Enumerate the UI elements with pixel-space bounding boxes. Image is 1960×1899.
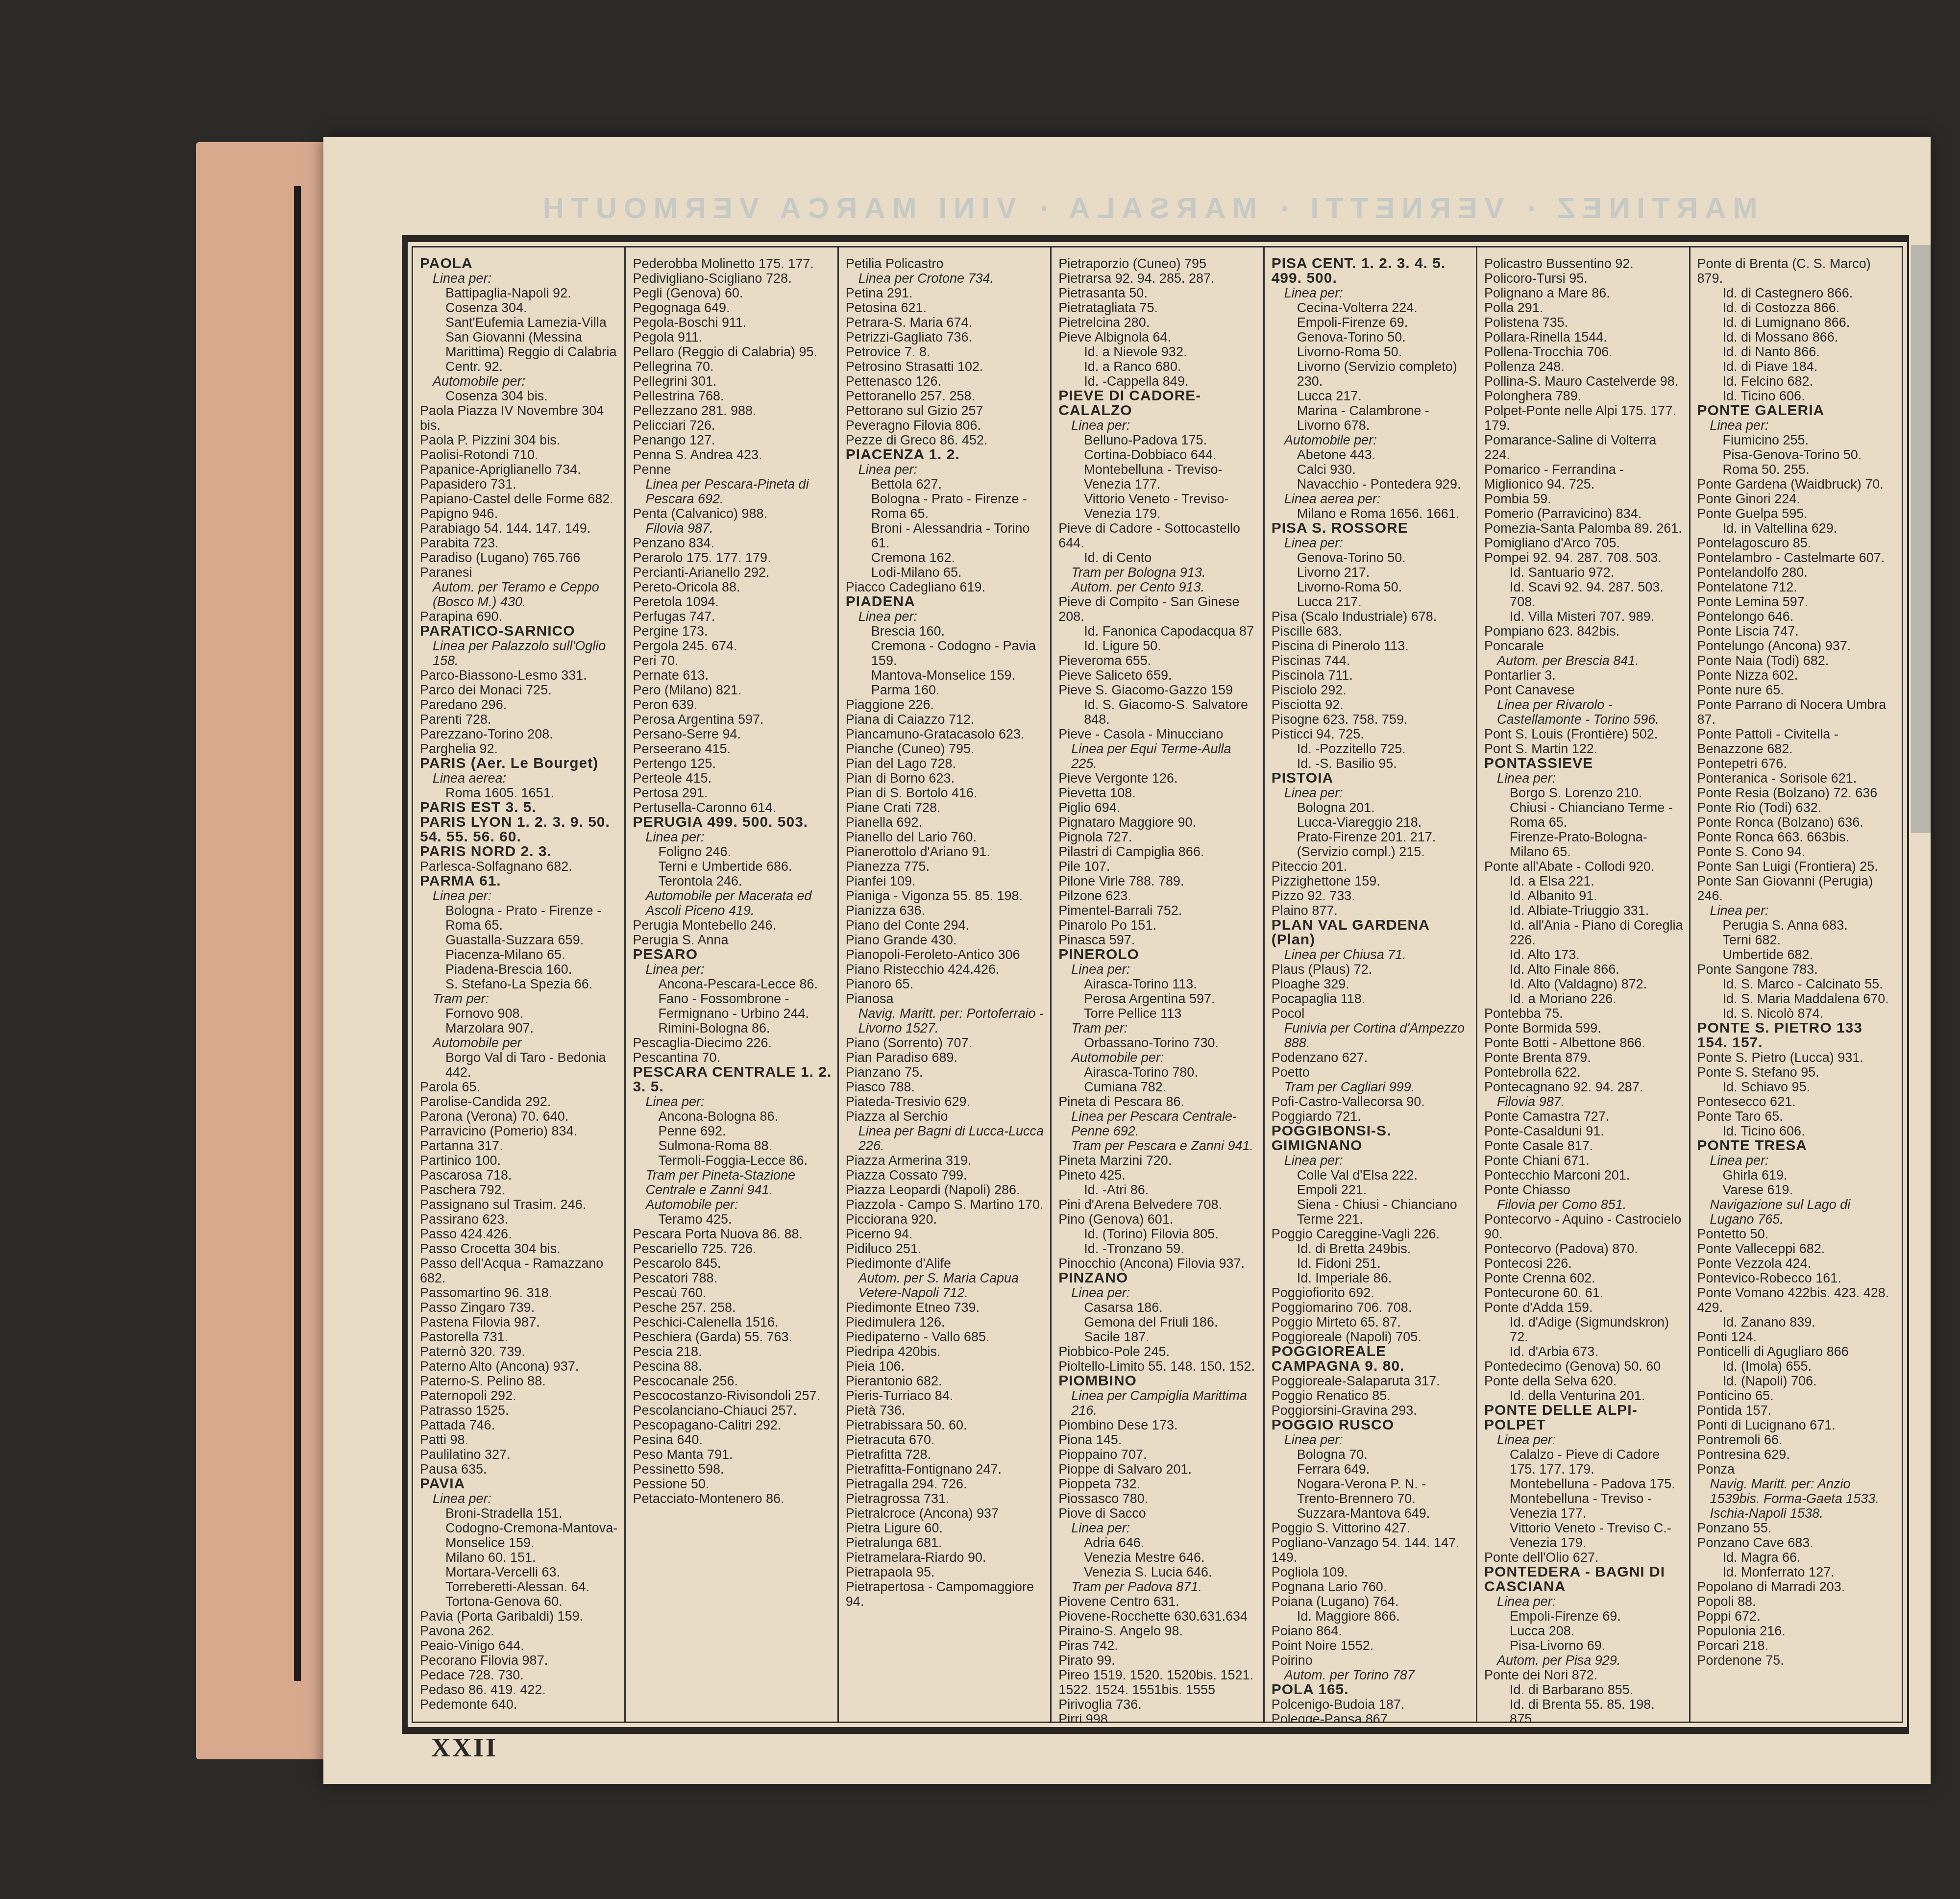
index-entry: Paola P. Pizzini 304 bis. [420,433,619,447]
index-entry: Pievetta 108. [1058,786,1258,800]
index-entry: Partanna 317. [420,1138,619,1153]
index-entry: Sulmona-Roma 88. [633,1138,832,1153]
index-entry: Piscina di Pinerolo 113. [1272,639,1471,653]
index-entry: Pieve S. Giacomo-Gazzo 159 [1058,683,1258,697]
index-entry: Polla 291. [1484,300,1684,315]
index-entry: Piombino Dese 173. [1058,1418,1258,1432]
index-entry: Pioppeta 732. [1058,1477,1258,1491]
index-entry: Livorno-Roma 50. [1272,345,1471,359]
index-entry: Piovene Centro 631. [1058,1594,1258,1609]
index-entry: Ponte Nizza 602. [1697,668,1897,683]
index-entry: Passignano sul Trasim. 246. [420,1197,619,1212]
index-entry: Ponte Liscia 747. [1697,624,1897,639]
index-entry: Pedivigliano-Scigliano 728. [633,271,832,286]
index-entry: Poggio Mirteto 65. 87. [1272,1315,1471,1330]
index-entry: Pombia 59. [1484,492,1684,506]
index-column-2: Pederobba Molinetto 175. 177.Pediviglian… [626,247,838,1722]
index-entry: Passo 424.426. [420,1227,619,1241]
index-entry: Pietrapaola 95. [846,1565,1045,1579]
index-entry: Linea per: [420,271,619,286]
index-entry: Lucca 217. [1272,594,1471,609]
index-entry: Penne [633,462,832,477]
index-entry: Pioltello-Limito 55. 148. 150. 152. [1058,1359,1258,1374]
index-entry: Parola 65. [420,1080,619,1094]
index-entry: Pontelambro - Castelmarte 607. [1697,550,1897,565]
index-entry: Id. Fanonica Capodacqua 87 [1058,624,1258,639]
index-entry: Terontola 246. [633,874,832,888]
index-entry: Pontetto 50. [1697,1227,1897,1241]
index-entry: Ferrara 649. [1272,1462,1471,1477]
index-entry: Piras 742. [1058,1638,1258,1653]
index-entry: Pontepetri 676. [1697,756,1897,771]
index-entry: Id. S. Giacomo-S. Salvatore 848. [1058,697,1258,727]
index-entry: Id. Albiate-Triuggio 331. [1484,903,1684,918]
index-entry: Parghelia 92. [420,741,619,756]
index-entry: Pietrafitta-Fontignano 247. [846,1462,1045,1477]
index-entry: Genova-Torino 50. [1272,330,1471,345]
index-entry: Petacciato-Montenero 86. [633,1491,832,1506]
index-entry: Id. di Brenta 55. 85. 198. 875. [1484,1697,1684,1722]
index-entry: Pile 107. [1058,859,1258,874]
index-entry: Ponte Rio (Todi) 632. [1697,800,1897,815]
index-entry: Poggiofiorito 692. [1272,1285,1471,1300]
index-entry: Id. Alto 173. [1484,947,1684,962]
index-entry: Id. di Bretta 249bis. [1272,1241,1471,1256]
index-entry: Pollena-Trocchia 706. [1484,345,1684,359]
index-entry: Montebelluna - Padova 175. [1484,1477,1684,1491]
index-entry: Foligno 246. [633,844,832,859]
index-entry: Ponte Botti - Albettone 866. [1484,1036,1684,1050]
index-entry: Ponti 124. [1697,1330,1897,1344]
index-entry: Pegola 911. [633,330,832,345]
index-entry: Pellegrina 70. [633,359,832,374]
index-entry: Parona (Verona) 70. 640. [420,1109,619,1124]
index-entry: Plaus (Plaus) 72. [1272,962,1471,977]
index-entry: Pontelatone 712. [1697,580,1897,594]
index-entry: Linea per Pescara-Pineta di Pescara 692. [633,477,832,506]
index-entry: Pidiluco 251. [846,1241,1045,1256]
index-entry: Parma 160. [846,683,1045,697]
index-entry: Fano - Fossombrone - Fermignano - Urbino… [633,991,832,1021]
index-entry: Podenzano 627. [1272,1050,1471,1065]
index-entry: Pietratagliata 75. [1058,300,1258,315]
index-entry: Perteole 415. [633,771,832,786]
index-entry: Id. Albanito 91. [1484,888,1684,903]
index-entry: Policastro Bussentino 92. [1484,256,1684,271]
index-entry: Lucca-Viareggio 218. [1272,815,1471,830]
index-entry: Paterno Alto (Ancona) 937. [420,1359,619,1374]
index-heading: PONTASSIEVE [1484,756,1684,771]
index-entry: Ponte Valleceppi 682. [1697,1241,1897,1256]
index-entry: Pettorano sul Gizio 257 [846,403,1045,418]
index-entry: Linea per: [1484,1432,1684,1447]
index-entry: Broni-Stradella 151. [420,1506,619,1521]
index-heading: PARMA 61. [420,874,619,888]
index-entry: Id. Scavi 92. 94. 287. 503. 708. [1484,580,1684,609]
index-entry: Polistena 735. [1484,315,1684,330]
index-entry: Pont Canavese [1484,683,1684,697]
index-entry: Id. -Pozzitello 725. [1272,741,1471,756]
index-entry: Pellestrina 768. [633,389,832,403]
index-entry: Pavia (Porta Garibaldi) 159. [420,1609,619,1624]
index-entry: Poetto [1272,1065,1471,1080]
index-entry: Passomartino 96. 318. [420,1285,619,1300]
index-entry: Id. Magra 66. [1697,1550,1897,1565]
index-entry: Poirino [1272,1653,1471,1668]
index-entry: Passo dell'Acqua - Ramazzano 682. [420,1256,619,1285]
index-entry: Pascarosa 718. [420,1168,619,1183]
index-heading: PARATICO-SARNICO [420,624,619,639]
index-entry: Id. Monferrato 127. [1697,1565,1897,1579]
index-entry: Ponte della Selva 620. [1484,1374,1684,1388]
index-entry: Pontremoli 66. [1697,1432,1897,1447]
index-entry: Ponte Ronca (Bolzano) 636. [1697,815,1897,830]
index-entry: Pescocanale 256. [633,1374,832,1388]
index-entry: Polcenigo-Budoia 187. [1272,1697,1471,1712]
index-entry: Filovia per Como 851. [1484,1197,1684,1212]
index-entry: Ponte nure 65. [1697,683,1897,697]
page-edge [1911,245,1931,833]
index-entry: Ponte S. Pietro (Lucca) 931. [1697,1050,1897,1065]
index-entry: Pisogne 623. 758. 759. [1272,712,1471,727]
index-entry: Polpet-Ponte nelle Alpi 175. 177. 179. [1484,403,1684,433]
index-entry: Ghirla 619. [1697,1168,1897,1183]
index-entry: Pavona 262. [420,1624,619,1638]
index-entry: Pesche 257. 258. [633,1300,832,1315]
index-entry: Linea per: [1484,771,1684,786]
index-entry: Id. S. Nicolò 874. [1697,1006,1897,1021]
index-entry: Pescariello 725. 726. [633,1241,832,1256]
index-entry: Pineta di Pescara 86. [1058,1094,1258,1109]
index-entry: Pertosa 291. [633,786,832,800]
index-entry: Automobile per: [1058,1050,1258,1065]
index-entry: Ponte-Casalduni 91. [1484,1124,1684,1138]
index-entry: Id. della Venturina 201. [1484,1388,1684,1403]
index-entry: Id. Felcino 682. [1697,374,1897,389]
index-entry: Autom. per S. Maria Capua Vetere-Napoli … [846,1271,1045,1300]
index-entry: Pezze di Greco 86. 452. [846,433,1045,447]
index-entry: Ponte Gardena (Waidbruck) 70. [1697,477,1897,492]
index-entry: Id. di Lumignano 866. [1697,315,1897,330]
index-entry: Empoli 221. [1272,1183,1471,1197]
index-entry: Pietralunga 681. [846,1535,1045,1550]
index-entry: Calci 930. [1272,462,1471,477]
bleed-through-header: MARTINEZ · VERNETTI · MARSALA · VINI MAR… [402,191,1891,225]
index-entry: Linea per Equi Terme-Aulla 225. [1058,741,1258,771]
index-entry: Piazza Cossato 799. [846,1168,1045,1183]
index-entry: Id. Ticino 606. [1697,389,1897,403]
page-frame: PAOLALinea per:Battipaglia-Napoli 92.Cos… [402,235,1909,1734]
index-entry: Piacco Cadegliano 619. [846,580,1045,594]
index-entry: Linea per: [633,1094,832,1109]
index-entry: Peschiera (Garda) 55. 763. [633,1330,832,1344]
index-entry: Navig. Maritt. per: Portoferraio - Livor… [846,1006,1045,1036]
index-entry: Ponte Brenta 879. [1484,1050,1684,1065]
index-entry: Fiumicino 255. [1697,433,1897,447]
index-entry: Passo Crocetta 304 bis. [420,1241,619,1256]
index-heading: PIEVE DI CADORE-CALALZO [1058,389,1258,418]
index-entry: Id. S. Marco - Calcinato 55. [1697,977,1897,991]
index-entry: Pereto-Oricola 88. [633,580,832,594]
index-entry: Ponte Vezzola 424. [1697,1256,1897,1271]
index-entry: Linea per Chiusa 71. [1272,947,1471,962]
index-entry: Navacchio - Pontedera 929. [1272,477,1471,492]
index-heading: POLA 165. [1272,1682,1471,1697]
index-entry: Id. di Piave 184. [1697,359,1897,374]
index-entry: Poiana (Lugano) 764. [1272,1594,1471,1609]
index-entry: Perugia S. Anna [633,933,832,947]
index-entry: Pettenasco 126. [846,374,1045,389]
index-entry: Petilia Policastro [846,256,1045,271]
index-entry: Pellaro (Reggio di Calabria) 95. [633,345,832,359]
index-entry: Ponteranica - Sorisole 621. [1697,771,1897,786]
index-entry: Pastorella 731. [420,1330,619,1344]
index-entry: Venezia Mestre 646. [1058,1550,1258,1565]
index-entry: Pelicciari 726. [633,418,832,433]
index-entry: Pizzighettone 159. [1272,874,1471,888]
index-heading: PESARO [633,947,832,962]
index-entry: Linea per: [1058,962,1258,977]
index-entry: Pontecagnano 92. 94. 287. [1484,1080,1684,1094]
index-entry: Pian Paradiso 689. [846,1050,1045,1065]
index-entry: Pont S. Louis (Frontière) 502. [1484,727,1684,741]
index-entry: Poggio Renatico 85. [1272,1388,1471,1403]
index-entry: Poggiardo 721. [1272,1109,1471,1124]
index-entry: Piano Ristecchio 424.426. [846,962,1045,977]
index-entry: Bologna 201. [1272,800,1471,815]
index-entry: Pont S. Martin 122. [1484,741,1684,756]
index-entry: Brescia 160. [846,624,1045,639]
index-entry: Pomezia-Santa Palomba 89. 261. [1484,521,1684,536]
index-entry: Linea per: [420,1491,619,1506]
index-entry: Sacile 187. [1058,1330,1258,1344]
index-entry: Pesina 640. [633,1432,832,1447]
index-entry: Pietà 736. [846,1403,1045,1418]
index-entry: Pieve di Cadore - Sottocastello 644. [1058,521,1258,550]
index-entry: Penne 692. [633,1124,832,1138]
index-entry: Peri 70. [633,653,832,668]
index-entry: Id. Ticino 606. [1697,1124,1897,1138]
index-entry: Linea aerea: [420,771,619,786]
index-entry: Pianezza 775. [846,859,1045,874]
index-entry: Pisticci 94. 725. [1272,727,1471,741]
index-entry: Cecina-Volterra 224. [1272,300,1471,315]
index-entry: Pertengo 125. [633,756,832,771]
index-entry: Pontecurone 60. 61. [1484,1285,1684,1300]
index-entry: Livorno (Servizio completo) 230. [1272,359,1471,389]
index-entry: Poncarale [1484,639,1684,653]
index-entry: Tram per Padova 871. [1058,1579,1258,1594]
index-entry: Id. -Tronzano 59. [1058,1241,1258,1256]
index-entry: Petrovice 7. 8. [846,345,1045,359]
index-entry: Perosa Argentina 597. [1058,991,1258,1006]
index-entry: Pini d'Arena Belvedere 708. [1058,1197,1258,1212]
index-entry: Pontecorvo (Padova) 870. [1484,1241,1684,1256]
index-entry: Automobile per: [1272,433,1471,447]
index-entry: Umbertide 682. [1697,947,1897,962]
index-heading: PAOLA [420,256,619,271]
index-entry: Pilone Virle 788. 789. [1058,874,1258,888]
index-entry: Pedemonte 640. [420,1697,619,1712]
index-entry: Linea per: [1058,1285,1258,1300]
index-entry: Pastena Filovia 987. [420,1315,619,1330]
index-entry: Ponte Taro 65. [1697,1109,1897,1124]
index-entry: Belluno-Padova 175. [1058,433,1258,447]
index-entry: Ponte Bormida 599. [1484,1021,1684,1036]
index-entry: Pignataro Maggiore 90. [1058,815,1258,830]
index-entry: Pianiga - Vigonza 55. 85. 198. [846,888,1045,903]
index-column-1: PAOLALinea per:Battipaglia-Napoli 92.Cos… [413,247,626,1722]
index-entry: Ponte Vomano 422bis. 423. 428. 429. [1697,1285,1897,1315]
index-entry: Paranesi [420,565,619,580]
index-entry: Parabita 723. [420,536,619,550]
index-entry: Abetone 443. [1272,447,1471,462]
index-entry: Pinarolo Po 151. [1058,918,1258,933]
index-entry: Pianzano 75. [846,1065,1045,1080]
index-heading: PERUGIA 499. 500. 503. [633,815,832,830]
index-entry: Pontelandolfo 280. [1697,565,1897,580]
index-entry: Paternò 320. 739. [420,1344,619,1359]
index-entry: Plaino 877. [1272,903,1471,918]
index-entry: Pecorano Filovia 987. [420,1653,619,1668]
index-heading: PARIS LYON 1. 2. 3. 9. 50. 54. 55. 56. 6… [420,815,619,844]
index-entry: Pescantina 70. [633,1050,832,1065]
index-entry: Codogno-Cremona-Mantova-Monselice 159. [420,1521,619,1550]
index-entry: Papiano-Castel delle Forme 682. [420,492,619,506]
index-entry: Pontida 157. [1697,1403,1897,1418]
index-entry: Pegola-Boschi 911. [633,315,832,330]
index-entry: Poppi 672. [1697,1609,1897,1624]
index-entry: Passirano 623. [420,1212,619,1227]
index-entry: Mortara-Vercelli 63. [420,1565,619,1579]
index-entry: Cortina-Dobbiaco 644. [1058,447,1258,462]
index-entry: Pianello del Lario 760. [846,830,1045,844]
index-entry: Torre Pellice 113 [1058,1006,1258,1021]
index-entry: Bettola 627. [846,477,1045,492]
index-entry: Pian di S. Bortolo 416. [846,786,1045,800]
index-entry: Id. Villa Misteri 707. 989. [1484,609,1684,624]
index-entry: Pegli (Genova) 60. [633,286,832,300]
index-entry: Pioppe di Salvaro 201. [1058,1462,1258,1477]
index-heading: PARIS (Aer. Le Bourget) [420,756,619,771]
index-entry: Id. d'Adige (Sigmundskron) 72. [1484,1315,1684,1344]
index-entry: Pompiano 623. 842bis. [1484,624,1684,639]
index-entry: Ponza [1697,1462,1897,1477]
index-entry: Ponte dei Nori 872. [1484,1668,1684,1682]
index-heading: PONTE GALERIA [1697,403,1897,418]
index-entry: Piedimonte d'Alife [846,1256,1045,1271]
index-entry: Ponte Guelpa 595. [1697,506,1897,521]
index-entry: Orbassano-Torino 730. [1058,1036,1258,1050]
index-entry: Id. Alto Finale 866. [1484,962,1684,977]
index-entry: Rimini-Bologna 86. [633,1021,832,1036]
index-entry: Suzzara-Mantova 649. [1272,1506,1471,1521]
index-entry: Id. S. Maria Maddalena 670. [1697,991,1897,1006]
index-entry: Pattada 746. [420,1418,619,1432]
index-entry: Filovia 987. [1484,1094,1684,1109]
index-entry: Termoli-Foggia-Lecce 86. [633,1153,832,1168]
index-entry: Pieve Albignola 64. [1058,330,1258,345]
index-entry: Petrizzi-Gagliato 736. [846,330,1045,345]
index-entry: Pegognaga 649. [633,300,832,315]
index-entry: Paterno-S. Pelino 88. [420,1374,619,1388]
index-entry: Linea per Palazzolo sull'Oglio 158. [420,639,619,668]
index-entry: Ponzano Cave 683. [1697,1535,1897,1550]
index-entry: Piona 145. [1058,1432,1258,1447]
underlying-page-border [294,186,320,1681]
index-entry: Autom. per Teramo e Ceppo (Bosco M.) 430… [420,580,619,609]
index-entry: Autom. per Cento 913. [1058,580,1258,594]
index-entry: Venezia S. Lucia 646. [1058,1565,1258,1579]
index-entry: Pescopagano-Calitri 292. [633,1418,832,1432]
index-entry: Sant'Eufemia Lamezia-Villa San Giovanni … [420,315,619,374]
index-entry: Parenti 728. [420,712,619,727]
index-entry: Milano e Roma 1656. 1661. [1272,506,1471,521]
index-entry: Id. Schiavo 95. [1697,1080,1897,1094]
index-entry: Id. d'Arbia 673. [1484,1344,1684,1359]
index-entry: Mantova-Monselice 159. [846,668,1045,683]
index-entry: Casarsa 186. [1058,1300,1258,1315]
index-entry: Livorno-Roma 50. [1272,580,1471,594]
index-entry: Ponte di Brenta (C. S. Marco) 879. [1697,256,1897,286]
index-entry: S. Stefano-La Spezia 66. [420,977,619,991]
index-entry: Piteccio 201. [1272,859,1471,874]
index-entry: Linea per: [1058,418,1258,433]
index-entry: Id. Santuario 972. [1484,565,1684,580]
index-entry: Bologna - Prato - Firenze - Roma 65. [420,903,619,933]
index-entry: Pontecorvo - Aquino - Castrocielo 90. [1484,1212,1684,1241]
index-entry: Ponte San Giovanni (Perugia) 246. [1697,874,1897,903]
page-number: XXII [431,1732,498,1763]
index-entry: Autom. per Brescia 841. [1484,653,1684,668]
index-entry: Pescatori 788. [633,1271,832,1285]
index-heading: POGGIBONSI-S. GIMIGNANO [1272,1124,1471,1153]
index-entry: Id. di Castegnero 866. [1697,286,1897,300]
index-entry: Ponticino 65. [1697,1388,1897,1403]
index-entry: Fornovo 908. [420,1006,619,1021]
index-entry: Paschera 792. [420,1183,619,1197]
index-entry: Pogliano-Vanzago 54. 144. 147. 149. [1272,1535,1471,1565]
index-entry: Id. -Atri 86. [1058,1183,1258,1197]
index-entry: Pimentel-Barrali 752. [1058,903,1258,918]
index-entry: Pontevico-Robecco 161. [1697,1271,1897,1285]
index-entry: Ponte S. Cono 94. [1697,844,1897,859]
index-entry: Piedipaterno - Vallo 685. [846,1330,1045,1344]
index-entry: Id. -Cappella 849. [1058,374,1258,389]
index-entry: Pieve Vergonte 126. [1058,771,1258,786]
index-entry: Prato-Firenze 201. 217. (Servizio compl.… [1272,830,1471,859]
index-entry: Firenze-Prato-Bologna-Milano 65. [1484,830,1684,859]
index-entry: Id. (Torino) Filovia 805. [1058,1227,1258,1241]
index-entry: Pellegrini 301. [633,374,832,389]
index-entry: Piacenza-Milano 65. [420,947,619,962]
index-heading: PIADENA [846,594,1045,609]
index-column-7: Ponte di Brenta (C. S. Marco) 879.Id. di… [1690,247,1902,1722]
index-entry: Piazza Armerina 319. [846,1153,1045,1168]
index-entry: Ponte dell'Olio 627. [1484,1550,1684,1565]
index-entry: Linea per: [633,830,832,844]
index-entry: Lucca 217. [1272,389,1471,403]
index-entry: Cosenza 304. [420,300,619,315]
index-entry: Nogara-Verona P. N. - Trento-Brennero 70… [1272,1477,1471,1506]
index-entry: Linea per: [420,888,619,903]
index-heading: PISA CENT. 1. 2. 3. 4. 5. 499. 500. [1272,256,1471,286]
index-entry: Piraino-S. Angelo 98. [1058,1624,1258,1638]
index-entry: Tram per Cagliari 999. [1272,1080,1471,1094]
index-entry: Linea per: [1272,286,1471,300]
index-entry: Pietrasanta 50. [1058,286,1258,300]
index-entry: Patrasso 1525. [420,1403,619,1418]
